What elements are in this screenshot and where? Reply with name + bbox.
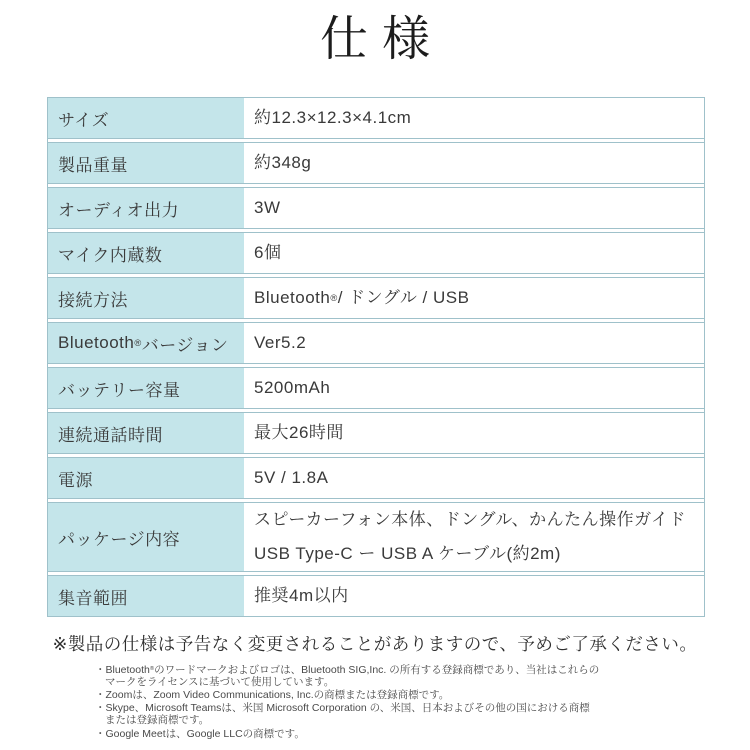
- spec-row-label: マイク内蔵数: [48, 233, 244, 273]
- spec-row-label: Bluetooth®バージョン: [48, 323, 244, 363]
- spec-table: サイズ 約12.3×12.3×4.1cm 製品重量 約348g オーディオ出力 …: [47, 97, 705, 617]
- spec-table-row: 製品重量 約348g: [48, 142, 704, 184]
- spec-change-note: ※製品の仕様は予告なく変更されることがありますので、予めご了承ください。: [0, 631, 750, 656]
- spec-row-label: バッテリー容量: [48, 368, 244, 408]
- spec-table-row: 連続通話時間 最大26時間: [48, 412, 704, 454]
- spec-row-value: スピーカーフォン本体、ドングル、かんたん操作ガイド USB Type-C ー U…: [249, 503, 704, 571]
- trademark-footnotes: ・Bluetooth®のワードマークおよびロゴは、Bluetooth SIG,I…: [95, 664, 673, 739]
- spec-row-label: サイズ: [48, 98, 244, 138]
- spec-table-row: 接続方法 Bluetooth® / ドングル / USB: [48, 277, 704, 319]
- spec-row-label: 製品重量: [48, 143, 244, 183]
- spec-table-row: サイズ 約12.3×12.3×4.1cm: [48, 97, 704, 139]
- footnote-item: ・Google Meetは、Google LLCの商標です。: [95, 728, 673, 740]
- spec-row-label: 接続方法: [48, 278, 244, 318]
- spec-table-row: パッケージ内容 スピーカーフォン本体、ドングル、かんたん操作ガイド USB Ty…: [48, 502, 704, 572]
- spec-row-value: 5V / 1.8A: [249, 458, 704, 498]
- spec-row-value: 約348g: [249, 143, 704, 183]
- spec-table-row: 集音範囲 推奨4m以内: [48, 575, 704, 617]
- spec-row-label: 連続通話時間: [48, 413, 244, 453]
- footnote-item: ・Zoomは、Zoom Video Communications, Inc.の商…: [95, 689, 673, 701]
- spec-row-label: 集音範囲: [48, 576, 244, 616]
- spec-row-value: 最大26時間: [249, 413, 704, 453]
- page-title: 仕様: [0, 12, 750, 67]
- spec-sheet-page: 仕様 サイズ 約12.3×12.3×4.1cm 製品重量 約348g オーディオ…: [0, 0, 750, 750]
- spec-table-row: マイク内蔵数 6個: [48, 232, 704, 274]
- spec-row-label: パッケージ内容: [48, 503, 244, 571]
- spec-table-row: オーディオ出力 3W: [48, 187, 704, 229]
- spec-row-value: 6個: [249, 233, 704, 273]
- spec-row-value: 推奨4m以内: [249, 576, 704, 616]
- spec-row-value: 3W: [249, 188, 704, 228]
- spec-table-row: Bluetooth®バージョン Ver5.2: [48, 322, 704, 364]
- spec-table-row: 電源 5V / 1.8A: [48, 457, 704, 499]
- spec-row-value: Ver5.2: [249, 323, 704, 363]
- spec-row-value: 5200mAh: [249, 368, 704, 408]
- footnote-item: ・Bluetooth®のワードマークおよびロゴは、Bluetooth SIG,I…: [95, 664, 673, 688]
- spec-row-label: 電源: [48, 458, 244, 498]
- spec-row-value: 約12.3×12.3×4.1cm: [249, 98, 704, 138]
- spec-row-value: Bluetooth® / ドングル / USB: [249, 278, 704, 318]
- spec-table-row: バッテリー容量 5200mAh: [48, 367, 704, 409]
- spec-row-label: オーディオ出力: [48, 188, 244, 228]
- footnote-item: ・Skype、Microsoft Teamsは、米国 Microsoft Cor…: [95, 702, 673, 726]
